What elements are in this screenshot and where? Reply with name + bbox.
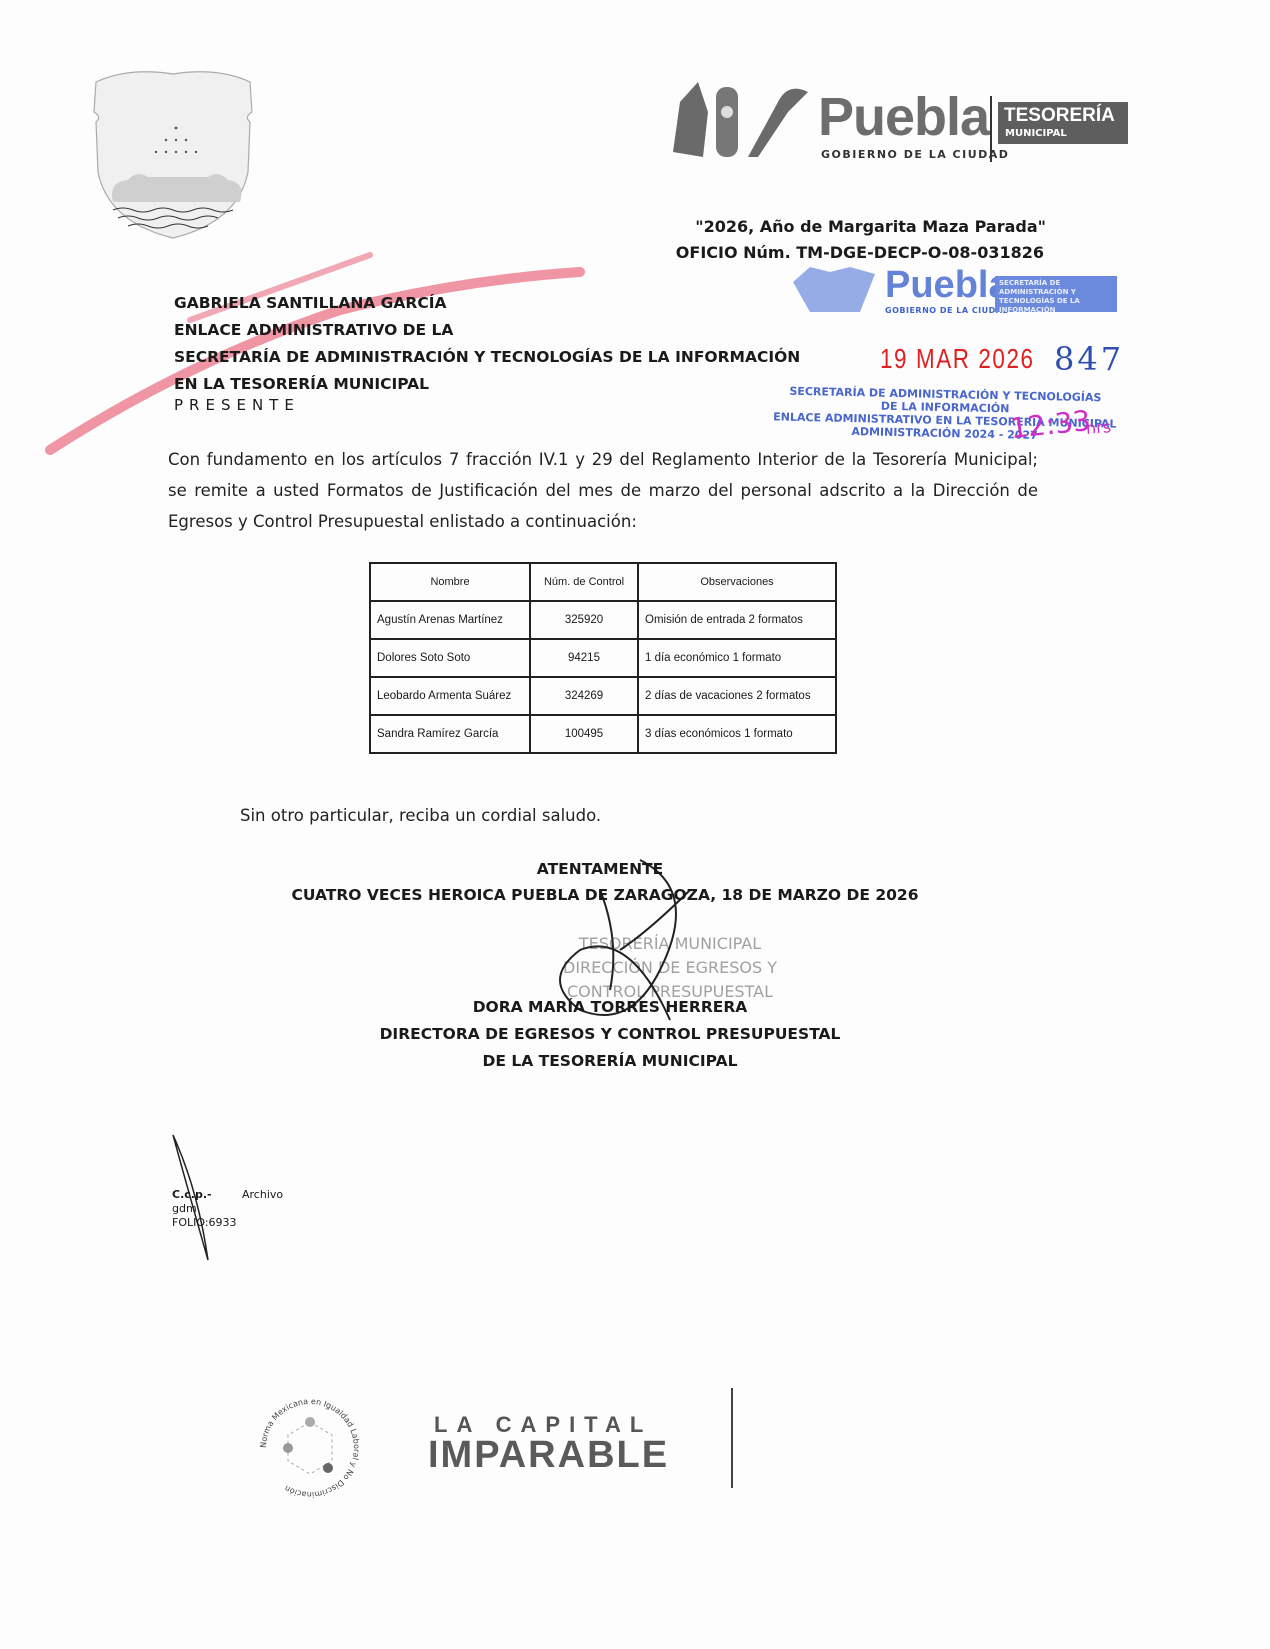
- addressee-block: GABRIELA SANTILLANA GARCÍA ENLACE ADMINI…: [174, 290, 800, 398]
- oficio-number: OFICIO Núm. TM-DGE-DECP-O-08-031826: [676, 243, 1044, 262]
- ccp-folio: FOLIO:6933: [172, 1216, 237, 1230]
- footer-divider: [731, 1388, 733, 1488]
- ccp-initials: gdm: [172, 1202, 237, 1216]
- signer-title: DIRECTORA DE EGRESOS Y CONTROL PRESUPUES…: [0, 1021, 1220, 1048]
- received-date: 19 MAR 2026: [880, 343, 1035, 375]
- received-time-suffix: hrs: [1085, 417, 1111, 438]
- body-paragraph: Con fundamento en los artículos 7 fracci…: [168, 444, 1038, 537]
- municipal-shield-logo: [88, 62, 258, 242]
- received-stamp-logo: Puebla GOBIERNO DE LA CIUDAD SECRETARÍA …: [790, 262, 1120, 322]
- salutation: PRESENTE: [174, 396, 300, 414]
- logo-divider: [990, 96, 992, 162]
- ccp-label: C.c.p.-: [172, 1188, 237, 1202]
- addressee-name: GABRIELA SANTILLANA GARCÍA: [174, 290, 800, 317]
- personnel-table: Nombre Núm. de Control Observaciones Agu…: [369, 562, 837, 754]
- puebla-wordmark: Puebla: [818, 86, 989, 148]
- col-header-control: Núm. de Control: [530, 563, 638, 601]
- signer-block: DORA MARÍA TORRES HERRERA DIRECTORA DE E…: [0, 994, 1220, 1075]
- svg-text:Norma Mexicana en Igualdad Lab: Norma Mexicana en Igualdad Laboral y No …: [259, 1397, 361, 1499]
- tesoreria-badge: TESORERÍA MUNICIPAL: [998, 102, 1128, 144]
- table-header-row: Nombre Núm. de Control Observaciones: [370, 563, 836, 601]
- year-motto: "2026, Año de Margarita Maza Parada": [695, 217, 1046, 236]
- table-row: Agustín Arenas Martínez 325920 Omisión d…: [370, 601, 836, 639]
- addressee-line: ENLACE ADMINISTRATIVO DE LA: [174, 317, 800, 344]
- capital-imparable-logo: LA CAPITAL IMPARABLE: [402, 1412, 702, 1477]
- equality-norm-seal-icon: Norma Mexicana en Igualdad Laboral y No …: [254, 1392, 366, 1504]
- gobierno-subtitle: GOBIERNO DE LA CIUDAD: [821, 148, 1009, 161]
- col-header-nombre: Nombre: [370, 563, 530, 601]
- stamp-emblem-icon: [790, 262, 880, 317]
- puebla-header-logo: Puebla GOBIERNO DE LA CIUDAD TESORERÍA M…: [668, 72, 1138, 167]
- received-folio: 847: [1054, 340, 1124, 378]
- table-row: Dolores Soto Soto 94215 1 día económico …: [370, 639, 836, 677]
- signer-name: DORA MARÍA TORRES HERRERA: [0, 994, 1220, 1021]
- signer-title: DE LA TESORERÍA MUNICIPAL: [0, 1048, 1220, 1075]
- ccp-block: C.c.p.- gdm FOLIO:6933: [172, 1188, 237, 1230]
- table-row: Sandra Ramírez García 100495 3 días econ…: [370, 715, 836, 753]
- table-row: Leobardo Armenta Suárez 324269 2 días de…: [370, 677, 836, 715]
- col-header-observaciones: Observaciones: [638, 563, 836, 601]
- atentamente: ATENTAMENTE: [0, 860, 1200, 878]
- addressee-line: EN LA TESORERÍA MUNICIPAL: [174, 371, 800, 398]
- addressee-line: SECRETARÍA DE ADMINISTRACIÓN Y TECNOLOGÍ…: [174, 344, 800, 371]
- city-emblem-icon: [668, 72, 813, 162]
- slogan-line-2: IMPARABLE: [402, 1434, 702, 1477]
- city-date: CUATRO VECES HEROICA PUEBLA DE ZARAGOZA,…: [0, 886, 1210, 904]
- closing-text: Sin otro particular, reciba un cordial s…: [240, 806, 601, 825]
- ccp-recipient: Archivo: [242, 1188, 283, 1201]
